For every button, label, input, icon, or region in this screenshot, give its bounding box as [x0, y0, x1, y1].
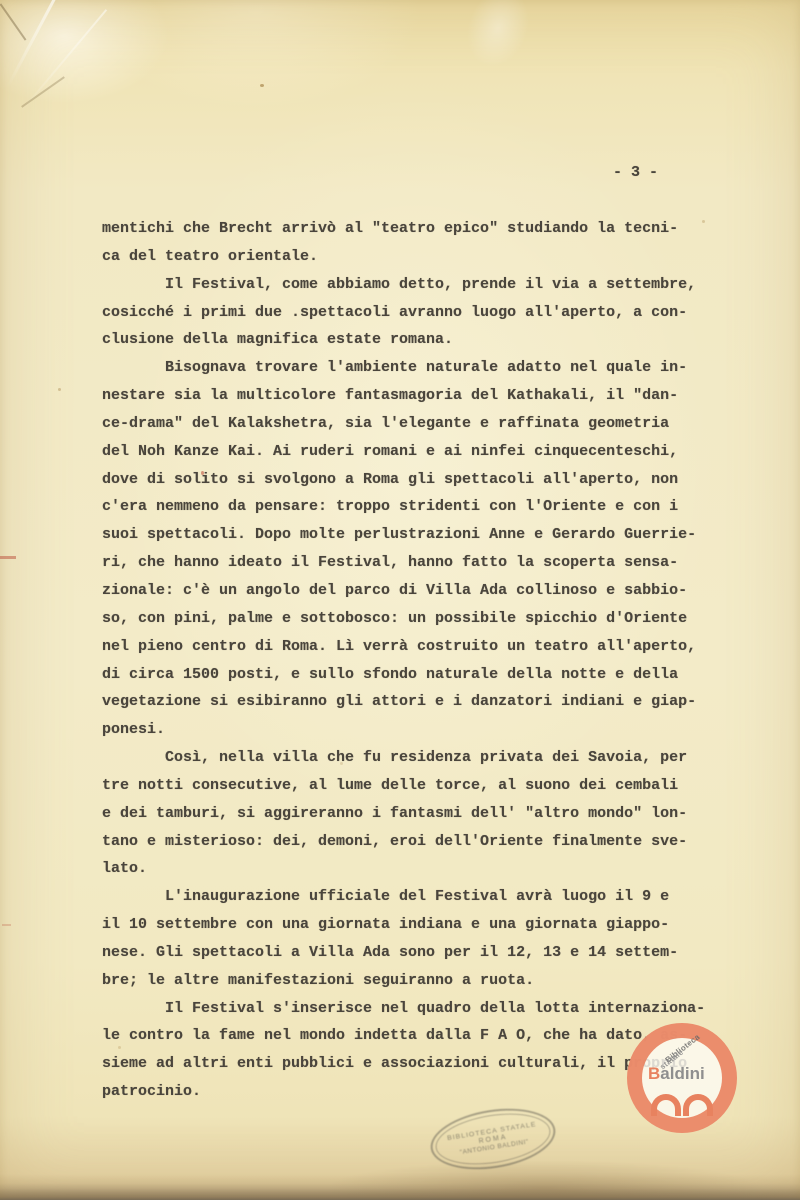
text-line: mentichi che Brecht arrivò al "teatro ep…	[102, 215, 742, 243]
text-line: Bisognava trovare l'ambiente naturale ad…	[102, 354, 742, 382]
text-line: clusione della magnifica estate romana.	[102, 326, 742, 354]
pencil-mark	[21, 76, 65, 107]
paper-speck	[260, 84, 264, 87]
pencil-mark	[0, 3, 26, 40]
text-line: tre notti consecutive, al lume delle tor…	[102, 772, 742, 800]
text-line: vegetazione si esibiranno gli attori e i…	[102, 688, 742, 716]
typewritten-body: mentichi che Brecht arrivò al "teatro ep…	[102, 215, 742, 1106]
text-line: ce-drama" del Kalakshetra, sia l'elegant…	[102, 410, 742, 438]
paper-crease	[456, 0, 540, 76]
text-line: cosicché i primi due .spettacoli avranno…	[102, 299, 742, 327]
text-line: il 10 settembre con una giornata indiana…	[102, 911, 742, 939]
watermark-name-rest: aldini	[660, 1064, 704, 1083]
text-line: nese. Gli spettacoli a Villa Ada sono pe…	[102, 939, 742, 967]
text-line: so, con pini, palme e sottobosco: un pos…	[102, 605, 742, 633]
watermark-initial: B	[648, 1064, 660, 1083]
stamp-text: BIBLIOTECA STATALE ROMA "ANTONIO BALDINI…	[429, 1103, 558, 1175]
text-line: ri, che hanno ideato il Festival, hanno …	[102, 549, 742, 577]
text-line: Il Festival s'inserisce nel quadro della…	[102, 995, 742, 1023]
text-line: nestare sia la multicolore fantasmagoria…	[102, 382, 742, 410]
text-line: lato.	[102, 855, 742, 883]
text-line: ca del teatro orientale.	[102, 243, 742, 271]
text-line: dove di solito si svolgono a Roma gli sp…	[102, 466, 742, 494]
paper-crease	[7, 0, 57, 87]
page-number: - 3 -	[613, 164, 658, 181]
library-ink-stamp: BIBLIOTECA STATALE ROMA "ANTONIO BALDINI…	[426, 1101, 560, 1178]
baldini-watermark-badge: Biblioteca statale Baldini	[627, 1023, 737, 1133]
red-margin-mark	[0, 556, 16, 559]
scanned-typescript-page: - 3 - mentichi che Brecht arrivò al "tea…	[0, 0, 800, 1200]
text-line: tano e misterioso: dei, demoni, eroi del…	[102, 828, 742, 856]
text-line: bre; le altre manifestazioni seguiranno …	[102, 967, 742, 995]
open-book-icon	[648, 1092, 716, 1116]
text-line: Il Festival, come abbiamo detto, prende …	[102, 271, 742, 299]
text-line: del Noh Kanze Kai. Ai ruderi romani e ai…	[102, 438, 742, 466]
text-line: e dei tamburi, si aggireranno i fantasmi…	[102, 800, 742, 828]
text-line: nel pieno centro di Roma. Lì verrà costr…	[102, 633, 742, 661]
paper-crease	[19, 9, 107, 114]
scan-edge-shadow	[0, 1174, 800, 1200]
text-line: c'era nemmeno da pensare: troppo striden…	[102, 493, 742, 521]
text-line: ponesi.	[102, 716, 742, 744]
red-margin-mark	[2, 924, 11, 926]
text-line: di circa 1500 posti, e sullo sfondo natu…	[102, 661, 742, 689]
text-line: L'inaugurazione ufficiale del Festival a…	[102, 883, 742, 911]
paper-speck	[58, 388, 61, 391]
text-line: suoi spettacoli. Dopo molte perlustrazio…	[102, 521, 742, 549]
watermark-name: Baldini	[648, 1064, 705, 1084]
book-arc-left	[651, 1094, 681, 1116]
book-arc-right	[683, 1094, 713, 1116]
text-line: zionale: c'è un angolo del parco di Vill…	[102, 577, 742, 605]
text-line: Così, nella villa che fu residenza priva…	[102, 744, 742, 772]
